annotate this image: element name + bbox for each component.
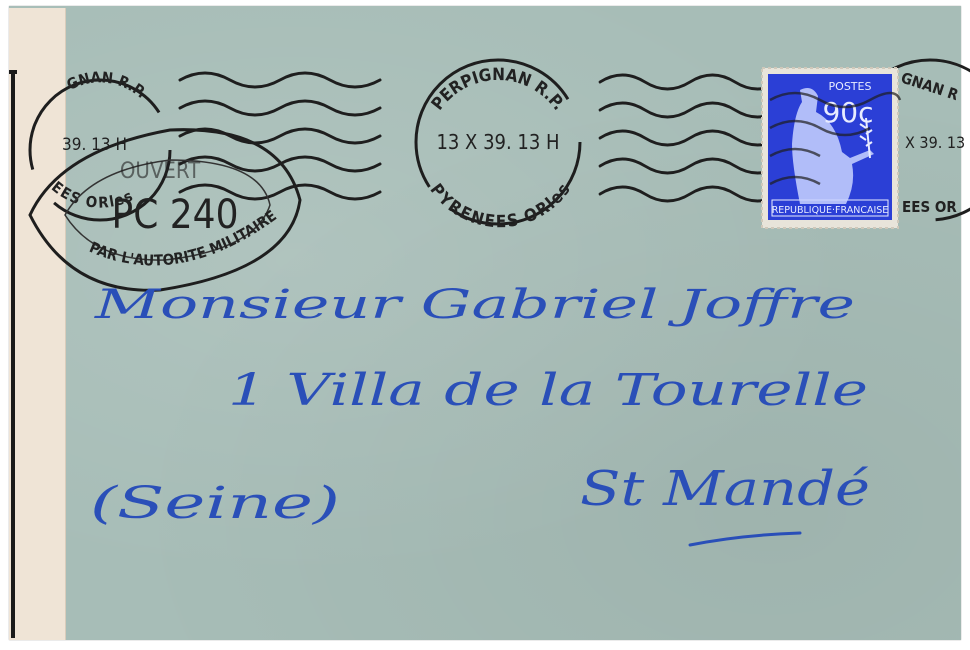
- handwritten-address: Monsieur Gabriel Joffre 1 Villa de la To…: [90, 282, 870, 545]
- svg-text:PYRENEES ORles: PYRENEES ORles: [426, 180, 575, 232]
- svg-text:13 X 39. 13 H: 13 X 39. 13 H: [436, 130, 559, 154]
- svg-text:POSTES: POSTES: [829, 80, 872, 93]
- svg-text:GNAN R: GNAN R: [899, 69, 961, 105]
- postmark-perpignan: PERPIGNAN R.P. 13 X 39. 13 H PYRENEES OR…: [416, 60, 580, 232]
- address-line-2: 1 Villa de la Tourelle: [228, 365, 868, 416]
- svg-text:REPUBLIQUE·FRANCAISE: REPUBLIQUE·FRANCAISE: [772, 205, 889, 216]
- svg-text:GNAN R.P.: GNAN R.P.: [64, 68, 151, 102]
- address-line-1: Monsieur Gabriel Joffre: [93, 282, 855, 328]
- address-line-3-left: (Seine): [90, 478, 340, 529]
- svg-text:OUVERT: OUVERT: [120, 159, 201, 184]
- underline-stroke: [690, 533, 800, 545]
- wavy-cancel-right: [600, 75, 780, 201]
- address-line-3-right: St Mandé: [580, 461, 870, 517]
- svg-text:X 39. 13: X 39. 13: [905, 133, 965, 152]
- svg-text:EES OR: EES OR: [902, 198, 957, 216]
- envelope-markings: PERPIGNAN R.P. 13 X 39. 13 H PYRENEES OR…: [0, 0, 970, 650]
- svg-text:PC 240: PC 240: [112, 192, 239, 238]
- postage-stamp: POSTES 90c REPUBLIQUE·FRANCAISE: [762, 68, 900, 228]
- wavy-cancel-left: [180, 73, 380, 199]
- svg-text:PERPIGNAN R.P.: PERPIGNAN R.P.: [428, 65, 569, 114]
